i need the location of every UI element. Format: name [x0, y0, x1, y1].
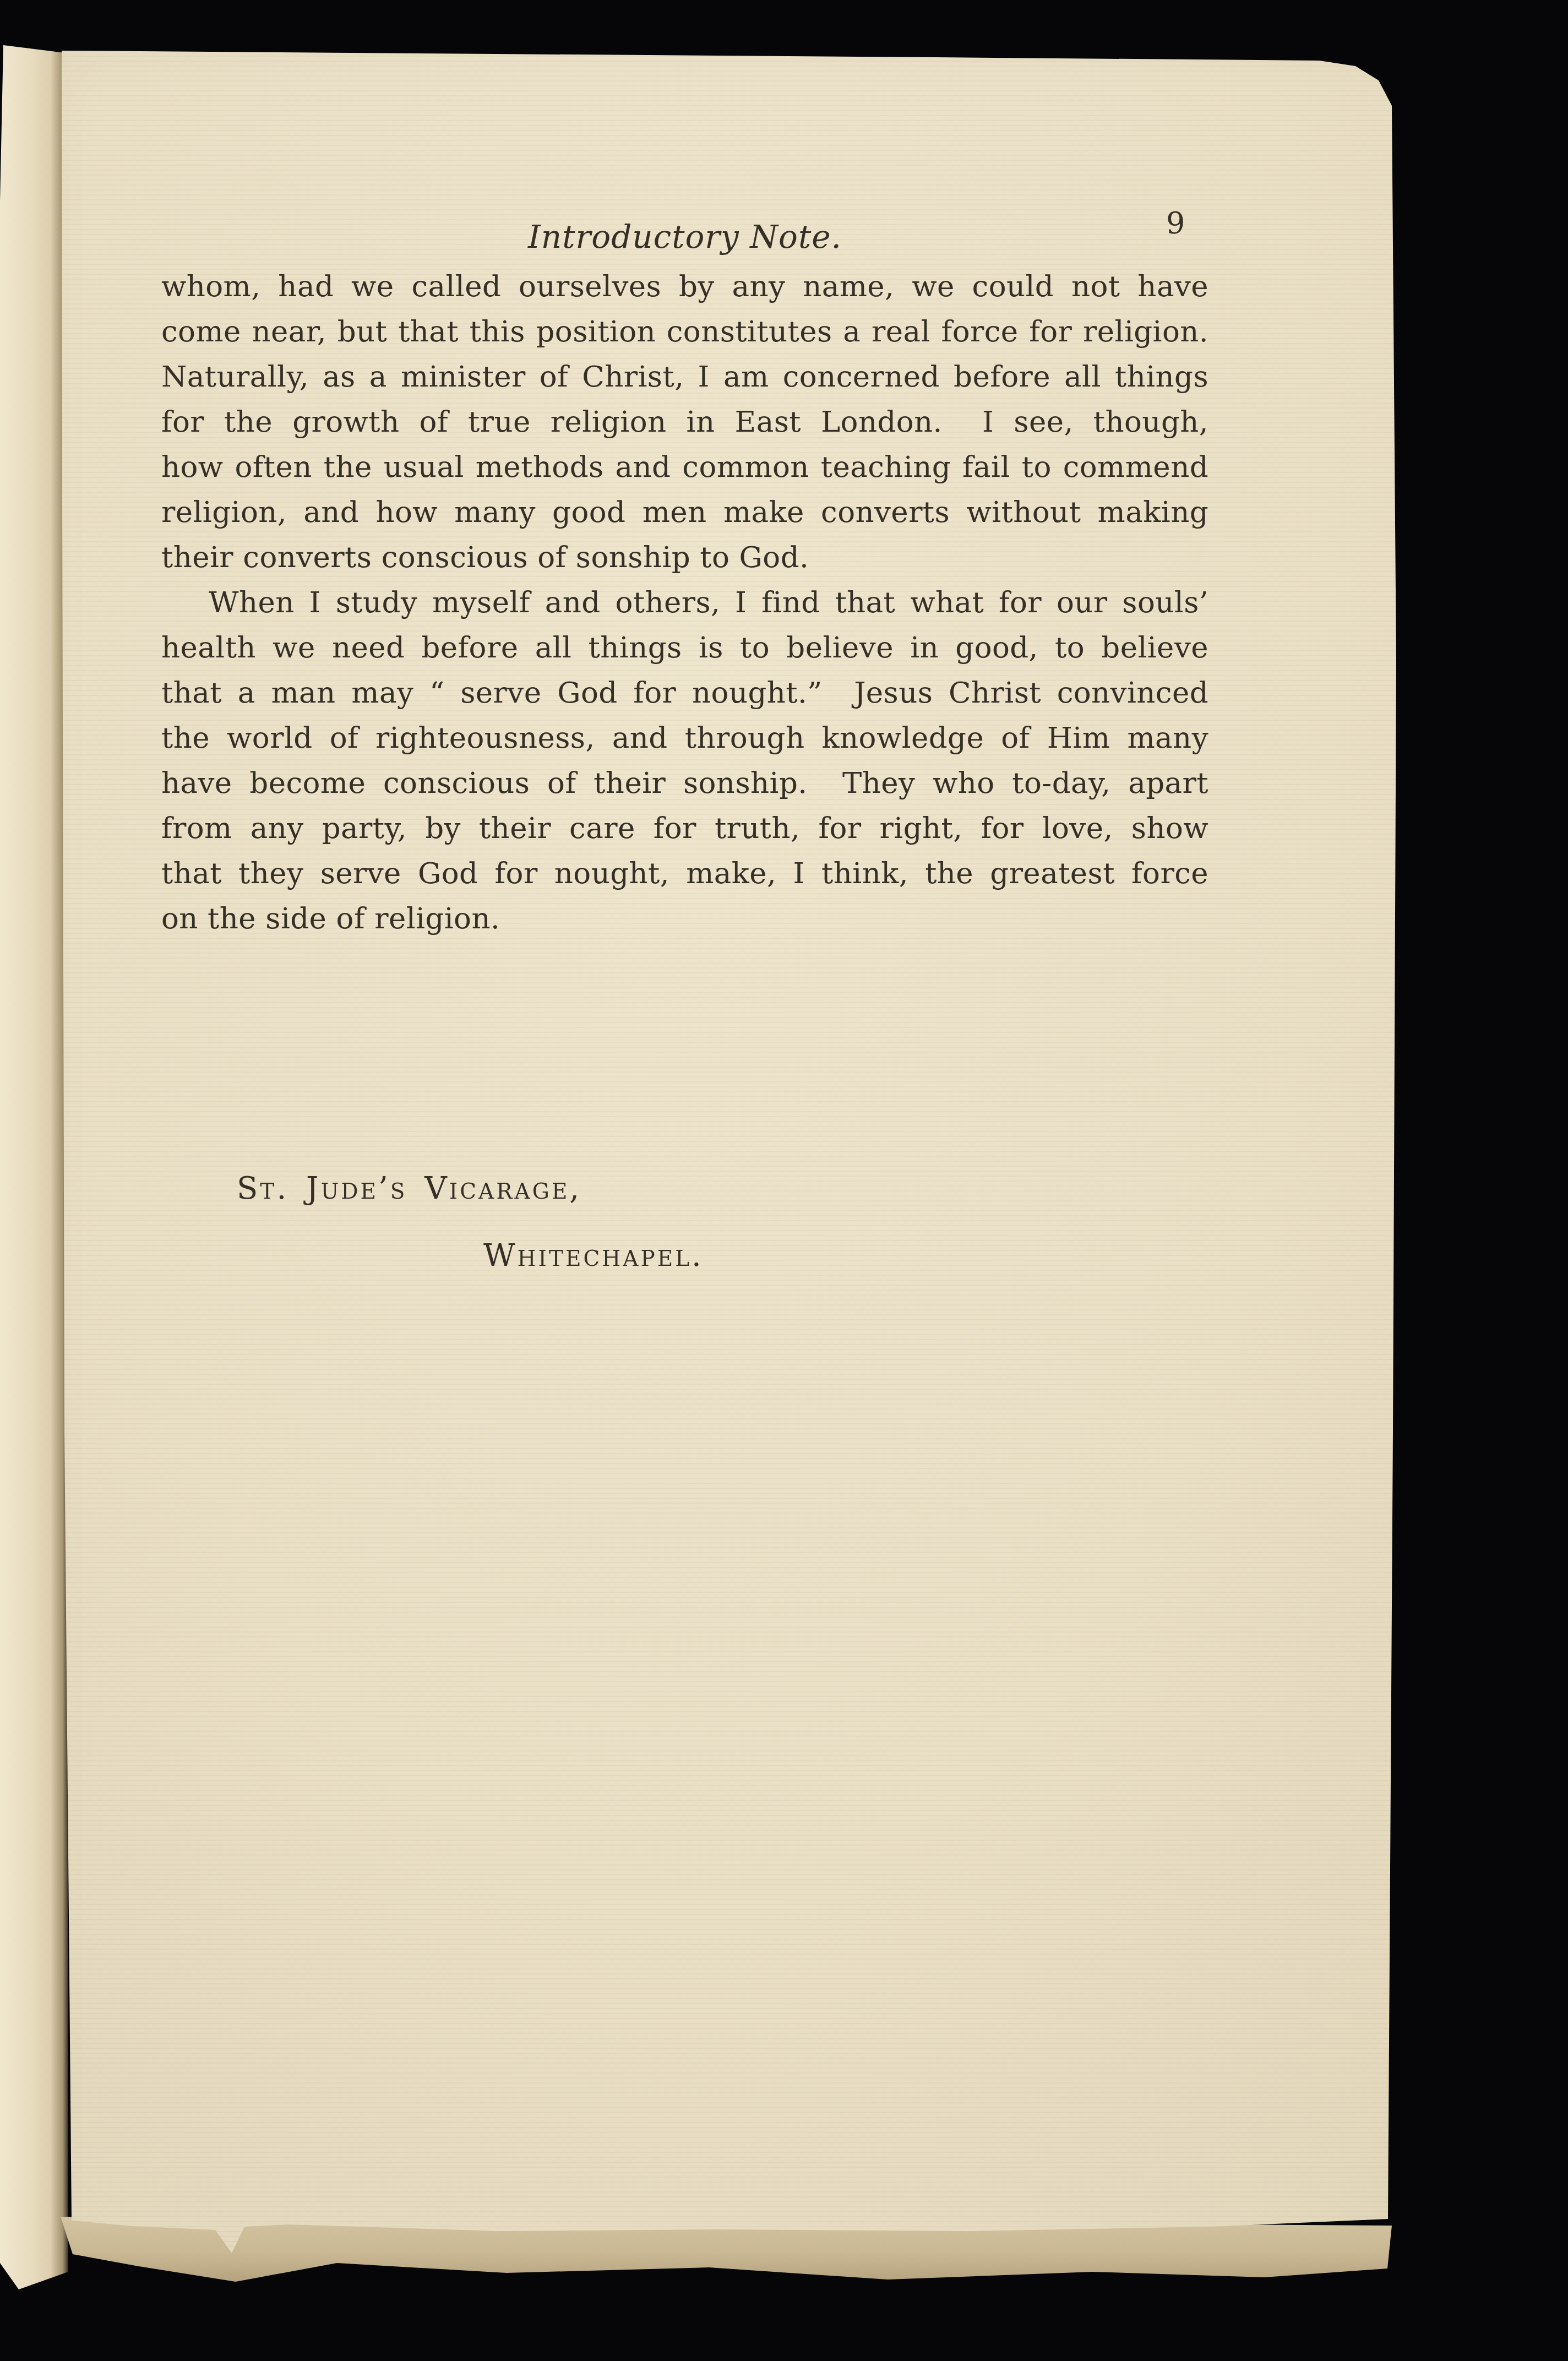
body-line: When I study myself and others, I find t…	[161, 580, 1208, 625]
body-text: whom, had we called ourselves by any nam…	[161, 264, 1208, 942]
body-line: from any party, by their care for truth,…	[161, 806, 1208, 851]
body-line: for the growth of true religion in East …	[161, 400, 1208, 445]
body-line: Naturally, as a minister of Christ, I am…	[161, 355, 1208, 400]
body-line: that they serve God for nought, make, I …	[161, 851, 1208, 896]
body-line: on the side of religion.	[161, 896, 1208, 942]
body-line: the world of righteousness, and through …	[161, 716, 1208, 761]
running-header-title: Introductory Note.	[528, 218, 842, 255]
body-line: their converts conscious of sonship to G…	[161, 535, 1208, 580]
running-header: Introductory Note.	[161, 218, 1208, 262]
body-line: health we need before all things is to b…	[161, 625, 1208, 671]
body-line: religion, and how many good men make con…	[161, 490, 1208, 535]
body-line: have become conscious of their sonship. …	[161, 761, 1208, 806]
body-line: come near, but that this position consti…	[161, 309, 1208, 355]
page-number: 9	[1166, 206, 1185, 241]
body-line: whom, had we called ourselves by any nam…	[161, 264, 1208, 309]
signature-address-line: St. Jude’s Vicarage,	[237, 1171, 581, 1206]
facing-page-fore-edge	[0, 36, 68, 2292]
body-line: how often the usual methods and common t…	[161, 445, 1208, 490]
scanned-book-photo: { "colors":{ "bg":"#060608", "paper":"#e…	[0, 0, 1568, 2361]
signature-address-line: Whitechapel.	[483, 1238, 704, 1274]
body-line: that a man may “ serve God for nought.” …	[161, 671, 1208, 716]
book-page: Introductory Note. 9 whom, had we called…	[0, 0, 1568, 2361]
